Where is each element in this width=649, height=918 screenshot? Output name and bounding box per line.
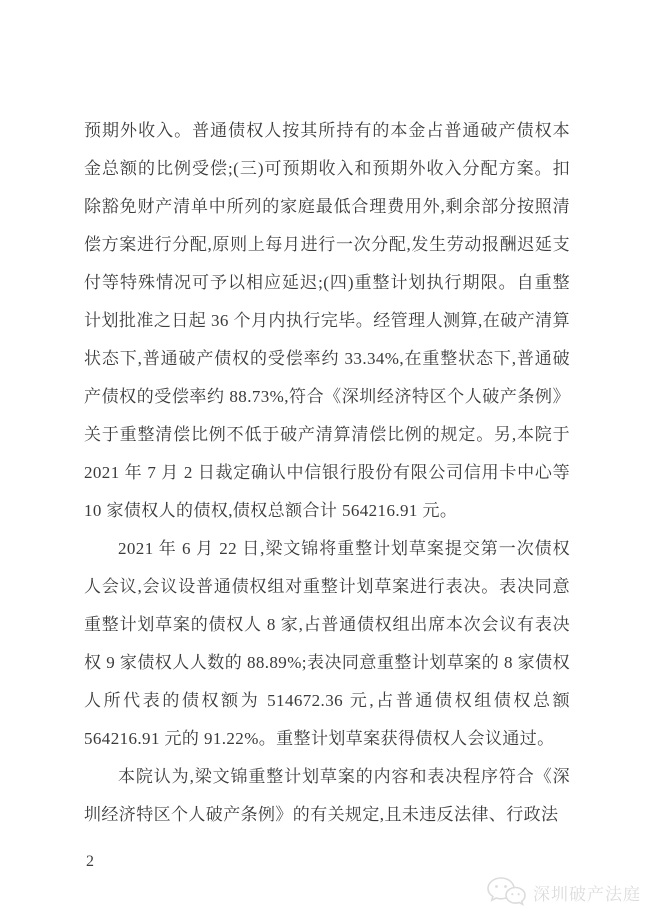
document-body: 预期外收入。普通债权人按其所持有的本金占普通破产债权本金总额的比例受偿;(三)可… [84,112,570,834]
page-number: 2 [86,853,94,871]
paragraph-continuation: 预期外收入。普通债权人按其所持有的本金占普通破产债权本金总额的比例受偿;(三)可… [84,112,570,530]
paragraph-voting-result: 2021 年 6 月 22 日,梁文锦将重整计划草案提交第一次债权人会议,会议设… [84,530,570,758]
wechat-icon [485,875,527,909]
watermark-text: 深圳破产法庭 [533,880,641,905]
watermark: 深圳破产法庭 [485,874,641,910]
document-page: 预期外收入。普通债权人按其所持有的本金占普通破产债权本金总额的比例受偿;(三)可… [0,0,649,918]
paragraph-court-opinion: 本院认为,梁文锦重整计划草案的内容和表决程序符合《深圳经济特区个人破产条例》的有… [84,758,570,834]
